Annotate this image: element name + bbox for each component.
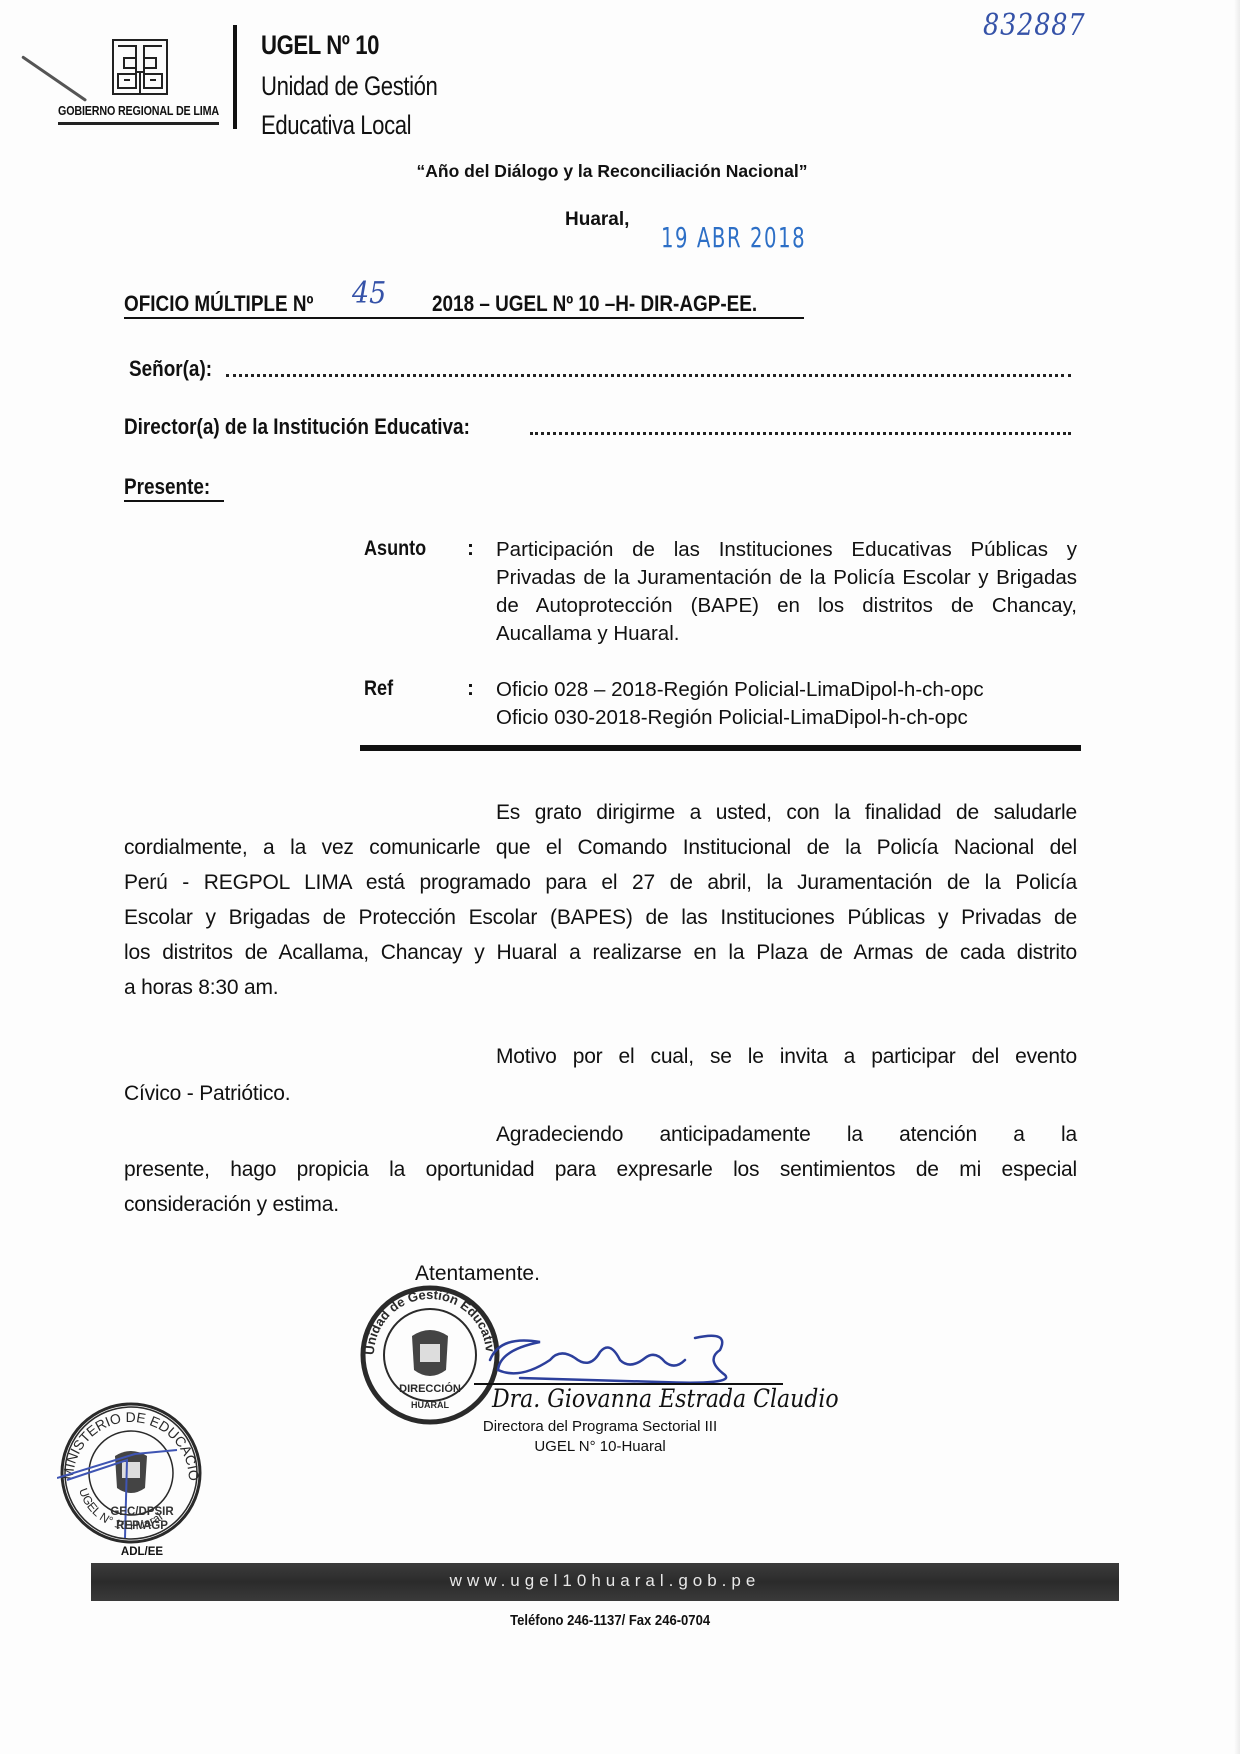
header-divider: [233, 25, 237, 129]
closing-text: Atentamente.: [415, 1262, 540, 1286]
presente-label: Presente:: [124, 474, 210, 500]
gobierno-underline: [58, 122, 219, 125]
asunto-colon: :: [467, 537, 474, 561]
body-line: Perú - REGPOL LIMA está programado para …: [124, 865, 1077, 900]
asunto-line: Participación de las Instituciones Educa…: [496, 536, 1077, 564]
date-stamp: 19 ABR 2018: [661, 221, 806, 254]
oficio-suffix: 2018 – UGEL Nº 10 –H- DIR-AGP-EE.: [432, 291, 757, 317]
body-line: Escolar y Brigadas de Protección Escolar…: [124, 900, 1077, 935]
oficio-handwritten-number: 45: [352, 276, 386, 311]
handwritten-registry-number: 832887: [983, 8, 1085, 43]
asunto-line: Privadas de la Juramentación de la Polic…: [496, 564, 1077, 592]
initials-line: REP/AGP: [72, 1519, 212, 1533]
gobierno-regional-logo-icon: [110, 38, 170, 96]
asunto-line: de Autoprotección (BAPE) en los distrito…: [496, 592, 1077, 620]
body-line: cordialmente, a la vez comunicarle que e…: [124, 830, 1077, 865]
body-line: presente, hago propicia la oportunidad p…: [124, 1152, 1077, 1187]
signatory-title: Directora del Programa Sectorial III: [400, 1418, 800, 1435]
oficio-underline: [124, 317, 804, 319]
ref-label: Ref: [364, 677, 393, 701]
body-paragraph-2: Motivo por el cual, se le invita a parti…: [124, 1038, 1077, 1112]
signatory-name: Dra. Giovanna Estrada Claudio: [492, 1384, 839, 1413]
svg-text:HUARAL: HUARAL: [411, 1400, 449, 1410]
ref-colon: :: [467, 677, 474, 701]
asunto-label: Asunto: [364, 537, 426, 561]
ref-text: Oficio 028 – 2018-Región Policial-LimaDi…: [496, 676, 1077, 732]
ugel-title: UGEL Nº 10: [261, 30, 379, 61]
motto-text: “Año del Diálogo y la Reconciliación Nac…: [417, 161, 808, 182]
body-line: Agradeciendo anticipadamente la atención…: [124, 1117, 1077, 1152]
body-paragraph-1: Es grato dirigirme a usted, con la final…: [124, 795, 1077, 1005]
scan-edge: [1234, 0, 1240, 1754]
body-line: Cívico - Patriótico.: [124, 1075, 1077, 1112]
asunto-text: Participación de las Instituciones Educa…: [496, 536, 1077, 648]
footer-contact: Teléfono 246-1137/ Fax 246-0704: [0, 1613, 1240, 1629]
pen-mark: [21, 55, 87, 102]
presente-underline: [124, 500, 224, 502]
body-line: Motivo por el cual, se le invita a parti…: [124, 1038, 1077, 1075]
footer-bar: www.ugel10huaral.gob.pe: [91, 1563, 1119, 1601]
ugel-subtitle-line2: Educativa Local: [261, 110, 411, 141]
ref-line: Oficio 030-2018-Región Policial-LimaDipo…: [496, 704, 1077, 732]
body-paragraph-3: Agradeciendo anticipadamente la atención…: [124, 1117, 1077, 1222]
senor-label: Señor(a):: [129, 356, 212, 382]
svg-text:DIRECCIÓN: DIRECCIÓN: [399, 1382, 461, 1395]
body-line: consideración y estima.: [124, 1187, 1077, 1222]
section-rule: [360, 745, 1081, 751]
dateline-place: Huaral,: [565, 209, 629, 231]
body-line: a horas 8:30 am.: [124, 970, 1077, 1005]
ref-line: Oficio 028 – 2018-Región Policial-LimaDi…: [496, 676, 1077, 704]
initials-line: GEC/DPSIR: [72, 1505, 212, 1519]
body-line: Es grato dirigirme a usted, con la final…: [124, 795, 1077, 830]
contact-text: Teléfono 246-1137/ Fax 246-0704: [510, 1613, 710, 1629]
senor-fill-line: [226, 370, 1071, 377]
signatory-unit: UGEL N° 10-Huaral: [400, 1438, 800, 1455]
initials-line: ADL/EE: [72, 1545, 212, 1559]
director-label: Director(a) de la Institución Educativa:: [124, 414, 470, 440]
gobierno-regional-label: GOBIERNO REGIONAL DE LIMA: [58, 104, 219, 118]
asunto-line: Aucallama y Huaral.: [496, 620, 1077, 648]
body-line: los distritos de Acallama, Chancay y Hua…: [124, 935, 1077, 970]
oficio-prefix: OFICIO MÚLTIPLE Nº: [124, 291, 313, 317]
ugel-subtitle-line1: Unidad de Gestión: [261, 71, 437, 102]
director-fill-line: [530, 428, 1071, 435]
year-motto: “Año del Diálogo y la Reconciliación Nac…: [0, 161, 1240, 182]
website-link[interactable]: www.ugel10huaral.gob.pe: [91, 1571, 1119, 1591]
signature-scribble-icon: [480, 1330, 740, 1390]
